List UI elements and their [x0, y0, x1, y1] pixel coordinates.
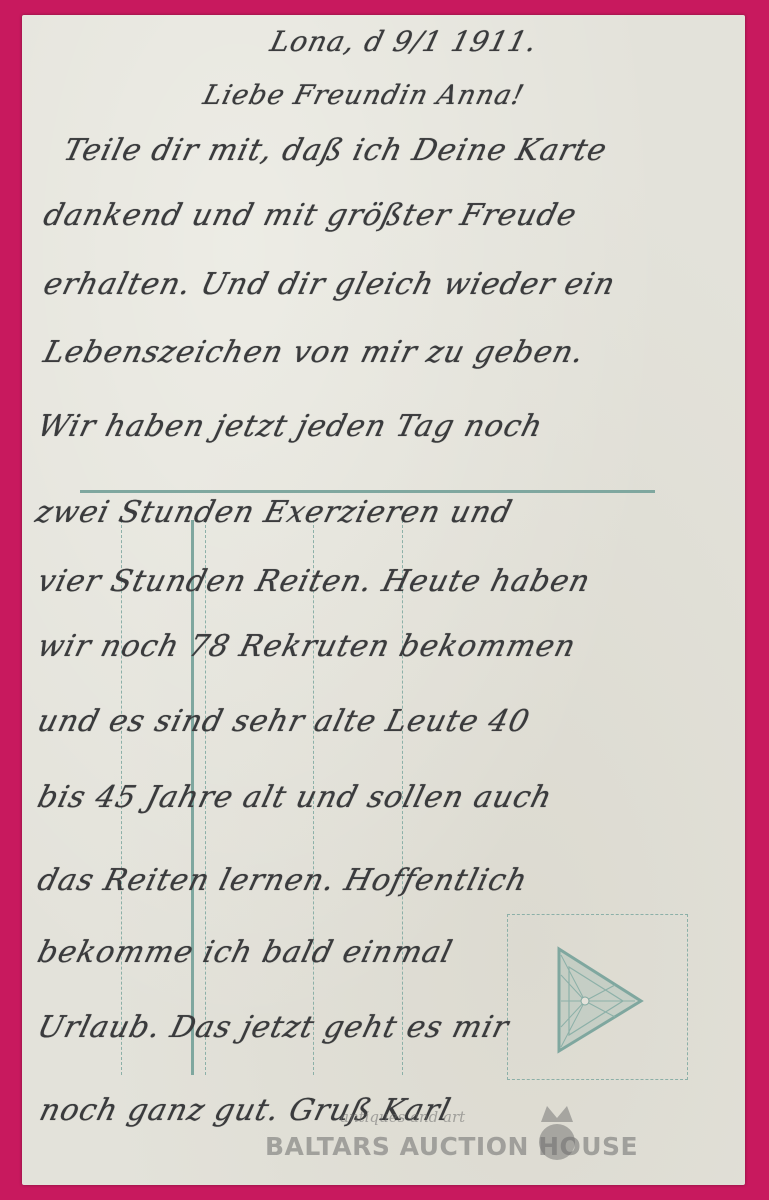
- letter-line: dankend und mit größter Freude: [40, 198, 581, 233]
- letter-line: Teile dir mit, daß ich Deine Karte: [60, 133, 611, 168]
- letter-line: Lebenszeichen von mir zu geben.: [40, 335, 588, 370]
- letter-salutation: Liebe Freundin Anna!: [200, 80, 528, 111]
- letter-line: zwei Stunden Exerzieren und: [32, 495, 516, 530]
- letter-line: noch ganz gut. Gruß Karl: [36, 1093, 455, 1128]
- letter-line: das Reiten lernen. Hoffentlich: [34, 863, 531, 898]
- letter-line: bekomme ich bald einmal: [34, 935, 456, 970]
- postcard-back: Lona, d 9/1 1911. Liebe Freundin Anna! T…: [22, 15, 745, 1185]
- letter-line: Urlaub. Das jetzt geht es mir: [34, 1010, 513, 1045]
- letter-line: wir noch 78 Rekruten bekommen: [34, 629, 580, 664]
- letter-dateline: Lona, d 9/1 1911.: [267, 25, 541, 58]
- letter-line: und es sind sehr alte Leute 40: [34, 704, 534, 739]
- letter-line: bis 45 Jahre alt und sollen auch: [34, 780, 556, 815]
- triangle-ornament-icon: [555, 945, 645, 1059]
- printed-horizontal-line: [80, 490, 655, 493]
- letter-line: Wir haben jetzt jeden Tag noch: [34, 409, 547, 444]
- letter-line: vier Stunden Reiten. Heute haben: [34, 564, 594, 599]
- letter-line: erhalten. Und dir gleich wieder ein: [40, 267, 619, 302]
